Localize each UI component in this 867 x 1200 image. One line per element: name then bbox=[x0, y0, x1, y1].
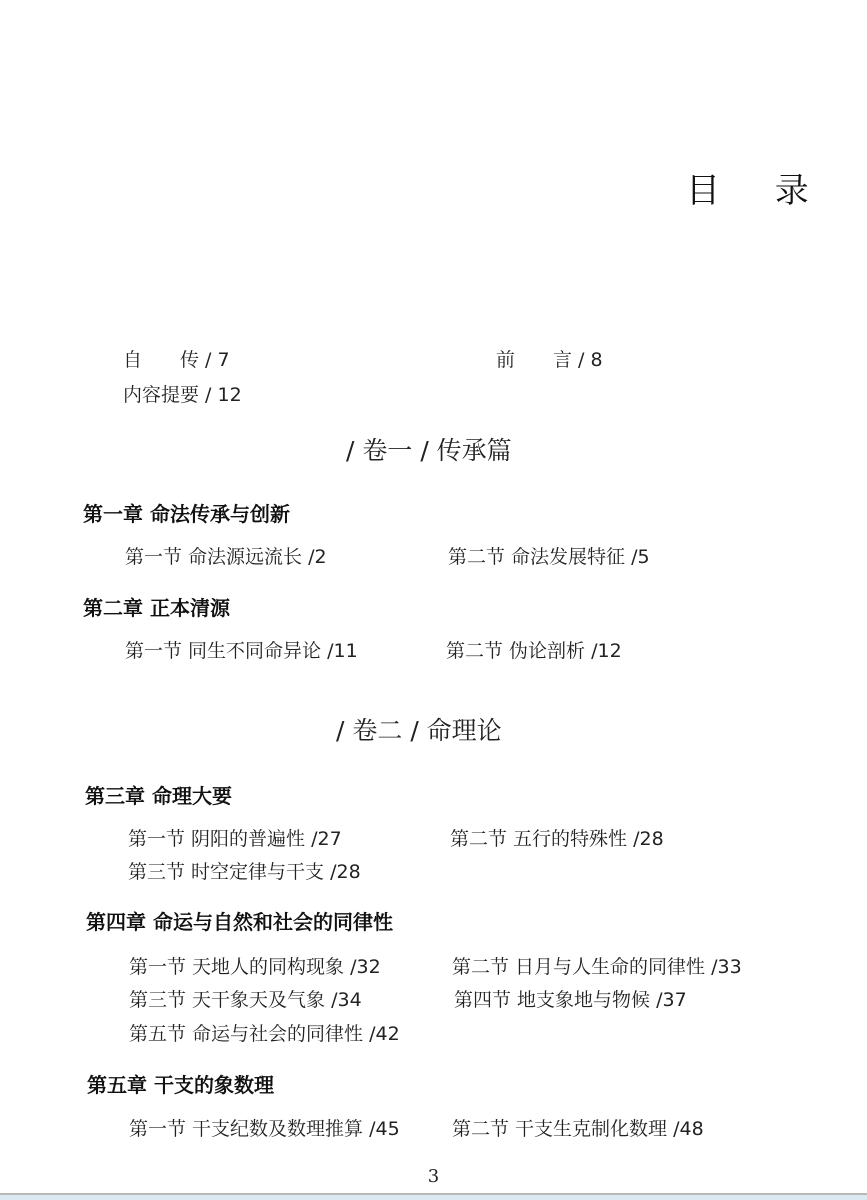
toc-entry-preface: 前 言 / 8 bbox=[496, 345, 603, 372]
section-entry: 第二节 日月与人生命的同律性 /33 bbox=[452, 952, 742, 979]
section-entry: 第一节 同生不同命异论 /11 bbox=[125, 636, 358, 663]
section-entry: 第二节 命法发展特征 /5 bbox=[448, 542, 650, 569]
section-entry: 第三节 时空定律与干支 /28 bbox=[128, 857, 361, 884]
section-entry: 第一节 干支纪数及数理推算 /45 bbox=[129, 1114, 400, 1141]
section-entry: 第二节 干支生克制化数理 /48 bbox=[452, 1114, 704, 1141]
section-entry: 第二节 伪论剖析 /12 bbox=[446, 636, 622, 663]
section-entry: 第一节 命法源远流长 /2 bbox=[125, 542, 327, 569]
chapter-heading: 第三章 命理大要 bbox=[85, 780, 232, 809]
volume-heading-1: / 卷一 / 传承篇 bbox=[346, 431, 512, 467]
page-title: 目 录 bbox=[686, 163, 831, 212]
chapter-heading: 第二章 正本清源 bbox=[83, 592, 230, 621]
page-number: 3 bbox=[0, 1166, 867, 1187]
section-entry: 第三节 天干象天及气象 /34 bbox=[129, 985, 362, 1012]
toc-entry-summary: 内容提要 / 12 bbox=[123, 380, 242, 407]
chapter-heading: 第五章 干支的象数理 bbox=[87, 1069, 274, 1098]
section-entry: 第一节 阴阳的普遍性 /27 bbox=[128, 824, 342, 851]
volume-heading-2: / 卷二 / 命理论 bbox=[336, 711, 502, 747]
chapter-heading: 第四章 命运与自然和社会的同律性 bbox=[86, 906, 393, 935]
section-entry: 第四节 地支象地与物候 /37 bbox=[454, 985, 687, 1012]
toc-entry-autobiography: 自 传 / 7 bbox=[123, 345, 230, 372]
section-entry: 第二节 五行的特殊性 /28 bbox=[450, 824, 664, 851]
viewer-background bbox=[0, 1195, 867, 1200]
section-entry: 第五节 命运与社会的同律性 /42 bbox=[129, 1019, 400, 1046]
chapter-heading: 第一章 命法传承与创新 bbox=[83, 498, 290, 527]
section-entry: 第一节 天地人的同构现象 /32 bbox=[129, 952, 381, 979]
